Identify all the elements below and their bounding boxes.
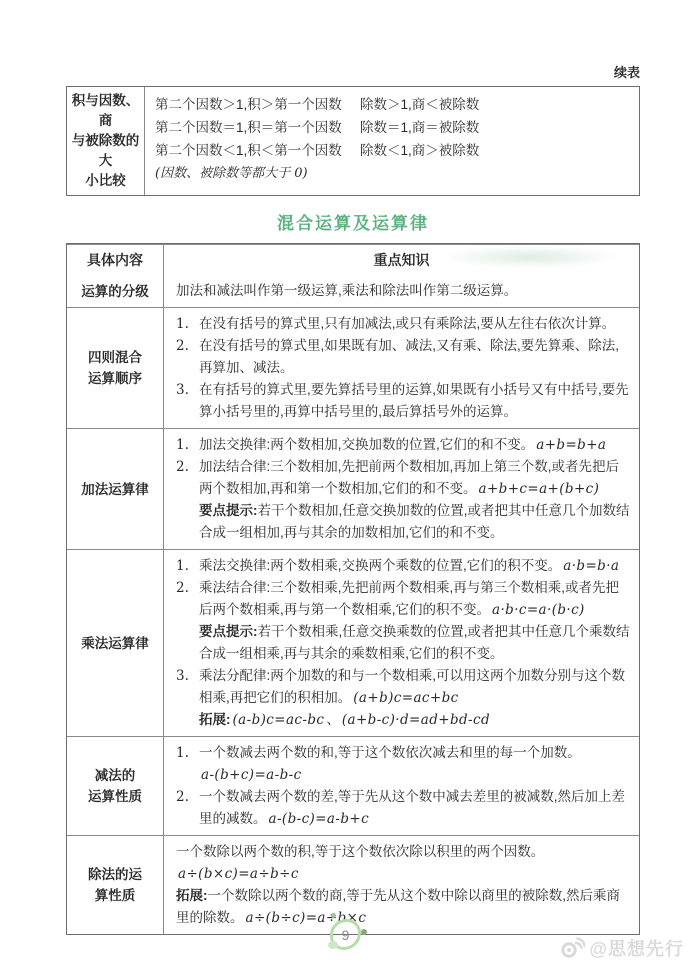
table-body: 运算的分级加法和减法叫作第一级运算,乘法和除法叫作第二级运算。四则混合运算顺序1… <box>67 275 639 934</box>
label-line: 算性质 <box>95 885 136 906</box>
knowledge-line: 1.加法交换律:两个数相加,交换加数的位置,它们的和不变。a+b=b+a <box>176 434 631 456</box>
item-number: 2. <box>176 786 199 808</box>
rule-product: 第二个因数＞1,积＞第一个因数 <box>155 93 360 116</box>
text-segment: 一个数减去两个数的和,等于这个数依次减去和里的每一个加数。 <box>199 745 581 760</box>
text-segment: 若干个数相加,任意交换加数的位置,或者把其中任意几个加数结合成一组相加,再与其余… <box>199 503 630 540</box>
label-line: 运算的分级 <box>81 281 149 302</box>
knowledge-table: 具体内容 重点知识 运算的分级加法和减法叫作第一级运算,乘法和除法叫作第二级运算… <box>66 243 640 935</box>
text-segment: 若干个数相乘,任意交换乘数的位置,或者把其中任意几个乘数结合成一组相乘,再与其余… <box>199 624 630 661</box>
table-row: 除法的运算性质一个数除以两个数的积,等于这个数依次除以积里的两个因数。a÷(b×… <box>67 835 639 934</box>
text-segment: 一个数减去两个数的差,等于先从这个数中减去差里的被减数,然后加上差里的减数。 <box>199 789 625 826</box>
column-header-content: 具体内容 <box>67 245 164 275</box>
table-row: 加法运算律1.加法交换律:两个数相加,交换加数的位置,它们的和不变。a+b=b+… <box>67 428 639 549</box>
item-number: 3. <box>176 665 199 687</box>
knowledge-line: 1.乘法交换律:两个数相乘,交换两个乘数的位置,它们的积不变。a·b=b·a <box>176 555 631 577</box>
label-line: 四则混合 <box>88 347 142 368</box>
section-title: 混合运算及运算律 <box>66 209 640 234</box>
formula: a·b·c=a·(b·c) <box>490 602 587 618</box>
item-number: 1. <box>176 555 199 577</box>
comparison-rule: 第二个因数＝1,积＝第一个因数除数＝1,商＝被除数 <box>155 116 633 139</box>
item-number: 2. <box>176 577 199 599</box>
watermark: @思想先行 <box>559 935 684 961</box>
textbook-page: 续表 积与因数、商与被除数的大小比较 第二个因数＞1,积＞第一个因数除数＞1,商… <box>0 0 690 974</box>
comparison-rule: 第二个因数＜1,积＜第一个因数除数＜1,商＞被除数 <box>155 139 633 162</box>
rule-quotient: 除数＞1,商＜被除数 <box>360 93 479 116</box>
knowledge-line: a-(b+c)=a-b-c <box>176 764 631 786</box>
page-number-badge: 9 <box>330 919 361 950</box>
row-label: 除法的运算性质 <box>67 836 164 934</box>
formula: a÷(b×c)=a÷b÷c <box>176 866 301 882</box>
row-content: 1.一个数减去两个数的和,等于这个数依次减去和里的每一个加数。a-(b+c)=a… <box>164 737 639 835</box>
row-label: 四则混合运算顺序 <box>67 308 164 428</box>
knowledge-line: 拓展:一个数除以两个数的商,等于先从这个数中除以商里的被除数,然后乘商里的除数。… <box>176 885 631 929</box>
table-row: 乘法运算律1.乘法交换律:两个数相乘,交换两个乘数的位置,它们的积不变。a·b=… <box>67 549 639 736</box>
comparison-note: (因数、被除数等都大于 0) <box>155 162 633 185</box>
text-segment: 乘法交换律:两个数相乘,交换两个乘数的位置,它们的积不变。 <box>199 558 561 573</box>
text-segment: 、 <box>326 712 340 727</box>
table-header-row: 具体内容 重点知识 <box>67 244 639 275</box>
label-line: 与被除数的大 <box>69 131 142 171</box>
label-line: 除法的运 <box>88 864 142 885</box>
column-header-knowledge: 重点知识 <box>164 245 639 275</box>
text-segment: 拓展: <box>176 888 208 903</box>
formula: a+b+c=a+(b+c) <box>477 481 602 497</box>
label-line: 加法运算律 <box>81 479 149 500</box>
formula: (a-b)c=ac-bc <box>231 712 327 728</box>
knowledge-line: 加法和减法叫作第一级运算,乘法和除法叫作第二级运算。 <box>176 280 631 302</box>
continued-table-label: 续表 <box>66 62 640 81</box>
row-label: 减法的运算性质 <box>67 737 164 835</box>
row-label: 加法运算律 <box>67 429 164 549</box>
formula: a-(b-c)=a-b+c <box>267 811 372 827</box>
comparison-rule: 第二个因数＞1,积＞第一个因数除数＞1,商＜被除数 <box>155 93 633 116</box>
table-row: 减法的运算性质1.一个数减去两个数的和,等于这个数依次减去和里的每一个加数。a-… <box>67 736 639 835</box>
formula: (a+b)c=ac+bc <box>351 690 460 706</box>
label-line: 小比较 <box>85 171 126 191</box>
row-content: 一个数除以两个数的积,等于这个数依次除以积里的两个因数。a÷(b×c)=a÷b÷… <box>164 836 639 934</box>
label-line: 乘法运算律 <box>81 633 149 654</box>
knowledge-line: a÷(b×c)=a÷b÷c <box>176 863 631 885</box>
formula: a+b=b+a <box>534 437 608 453</box>
row-label: 运算的分级 <box>67 275 164 307</box>
comparison-table-row-label: 积与因数、商与被除数的大小比较 <box>67 87 145 195</box>
knowledge-line: 3.乘法分配律:两个加数的和与一个数相乘,可以用这两个加数分别与这个数相乘,再把… <box>176 665 631 709</box>
knowledge-line: 3.在有括号的算式里,要先算括号里的运算,如果既有小括号又有中括号,要先算小括号… <box>176 379 631 423</box>
text-segment: 在没有括号的算式里,如果既有加、减法,又有乘、除法,要先算乘、除法,再算加、减法… <box>199 338 619 375</box>
page-number: 9 <box>342 927 350 943</box>
text-segment: 在没有括号的算式里,只有加减法,或只有乘除法,要从左往右依次计算。 <box>199 316 615 331</box>
comparison-rules: 第二个因数＞1,积＞第一个因数除数＞1,商＜被除数第二个因数＝1,积＝第一个因数… <box>155 93 633 162</box>
comparison-table: 积与因数、商与被除数的大小比较 第二个因数＞1,积＞第一个因数除数＞1,商＜被除… <box>66 86 640 196</box>
table-row: 四则混合运算顺序1.在没有括号的算式里,只有加减法,或只有乘除法,要从左往右依次… <box>67 307 639 428</box>
text-segment: 加法和减法叫作第一级运算,乘法和除法叫作第二级运算。 <box>176 283 517 298</box>
knowledge-line: 2.乘法结合律:三个数相乘,先把前两个数相乘,再与第三个数相乘,或者先把后两个数… <box>176 577 631 621</box>
watermark-text: @思想先行 <box>589 935 684 961</box>
rule-product: 第二个因数＝1,积＝第一个因数 <box>155 116 360 139</box>
text-segment: 一个数除以两个数的商,等于先从这个数中除以商里的被除数,然后乘商里的除数。 <box>176 888 620 925</box>
knowledge-line: 2.一个数减去两个数的差,等于先从这个数中减去差里的被减数,然后加上差里的减数。… <box>176 786 631 830</box>
knowledge-line: 2.加法结合律:三个数相加,先把前两个数相加,再加上第三个数,或者先把后两个数相… <box>176 456 631 500</box>
row-content: 加法和减法叫作第一级运算,乘法和除法叫作第二级运算。 <box>164 275 639 307</box>
rule-quotient: 除数＜1,商＞被除数 <box>360 139 479 162</box>
text-segment: 一个数除以两个数的积,等于这个数依次除以积里的两个因数。 <box>176 844 544 859</box>
knowledge-line: 一个数除以两个数的积,等于这个数依次除以积里的两个因数。 <box>176 841 631 863</box>
row-content: 1.加法交换律:两个数相加,交换加数的位置,它们的和不变。a+b=b+a2.加法… <box>164 429 639 549</box>
text-segment: 在有括号的算式里,要先算括号里的运算,如果既有小括号又有中括号,要先算小括号里的… <box>199 382 629 419</box>
text-segment: 加法交换律:两个数相加,交换加数的位置,它们的和不变。 <box>199 437 534 452</box>
item-number: 1. <box>176 742 199 764</box>
comparison-table-content: 第二个因数＞1,积＞第一个因数除数＞1,商＜被除数第二个因数＝1,积＝第一个因数… <box>145 87 639 195</box>
knowledge-line: 要点提示:若干个数相加,任意交换加数的位置,或者把其中任意几个加数结合成一组相加… <box>176 500 631 544</box>
weibo-logo-icon <box>559 937 585 959</box>
item-number: 2. <box>176 456 199 478</box>
row-label: 乘法运算律 <box>67 550 164 736</box>
label-line: 运算性质 <box>88 786 142 807</box>
item-number: 3. <box>176 379 199 401</box>
formula: a-(b+c)=a-b-c <box>199 767 304 783</box>
label-line: 运算顺序 <box>88 368 142 389</box>
knowledge-line: 拓展:(a-b)c=ac-bc、(a+b-c)·d=ad+bd-cd <box>176 709 631 731</box>
table-row: 运算的分级加法和减法叫作第一级运算,乘法和除法叫作第二级运算。 <box>67 275 639 307</box>
label-line: 积与因数、商 <box>69 91 142 131</box>
knowledge-line: 1.一个数减去两个数的和,等于这个数依次减去和里的每一个加数。 <box>176 742 631 764</box>
formula: (a+b-c)·d=ad+bd-cd <box>340 712 492 728</box>
item-number: 1. <box>176 313 199 335</box>
row-content: 1.在没有括号的算式里,只有加减法,或只有乘除法,要从左往右依次计算。2.在没有… <box>164 308 639 428</box>
formula: a·b=b·a <box>561 558 621 574</box>
text-segment: 拓展: <box>199 712 231 727</box>
rule-product: 第二个因数＜1,积＜第一个因数 <box>155 139 360 162</box>
item-number: 1. <box>176 434 199 456</box>
text-segment: 要点提示: <box>199 624 258 639</box>
rule-quotient: 除数＝1,商＝被除数 <box>360 116 479 139</box>
item-number: 2. <box>176 335 199 357</box>
row-content: 1.乘法交换律:两个数相乘,交换两个乘数的位置,它们的积不变。a·b=b·a2.… <box>164 550 639 736</box>
knowledge-line: 2.在没有括号的算式里,如果既有加、减法,又有乘、除法,要先算乘、除法,再算加、… <box>176 335 631 379</box>
label-line: 减法的 <box>95 765 136 786</box>
text-segment: 要点提示: <box>199 503 258 518</box>
knowledge-line: 要点提示:若干个数相乘,任意交换乘数的位置,或者把其中任意几个乘数结合成一组相乘… <box>176 621 631 665</box>
knowledge-line: 1.在没有括号的算式里,只有加减法,或只有乘除法,要从左往右依次计算。 <box>176 313 631 335</box>
badge-decoration <box>328 941 338 949</box>
